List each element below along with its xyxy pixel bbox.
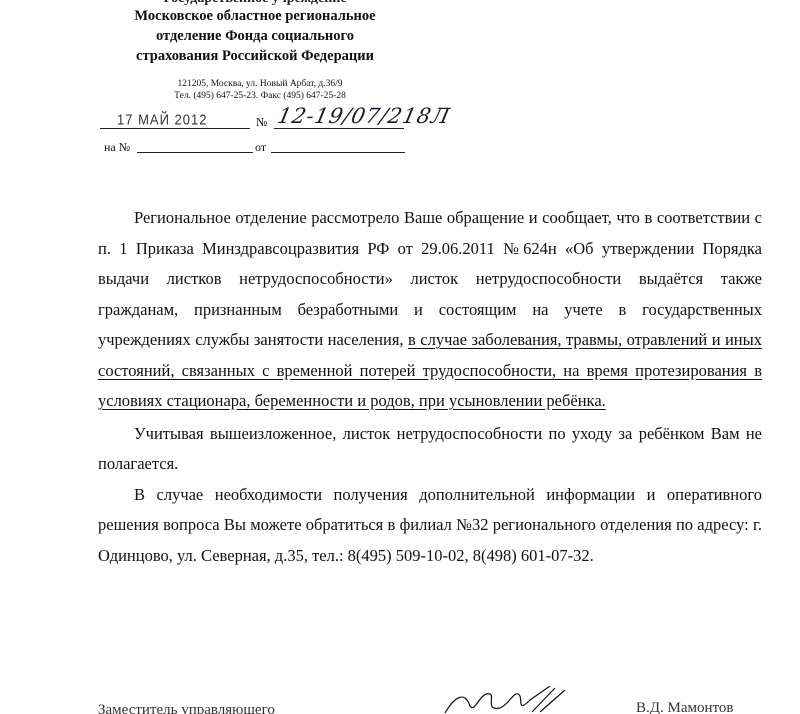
paragraph-1: Региональное отделение рассмотрело Ваше … — [98, 203, 762, 417]
organization-contacts: 121205, Москва, ул. Новый Арбат, д.36/9 … — [120, 78, 400, 102]
from-field-line — [271, 141, 405, 153]
organization-name: Московское областное региональное отделе… — [110, 6, 400, 66]
date-stamp: 17 МАЙ 2012 — [117, 111, 207, 128]
address: 121205, Москва, ул. Новый Арбат, д.36/9 — [120, 78, 400, 90]
signer-name: В.Д. Мамонтов — [636, 700, 733, 714]
paragraph-3: В случае необходимости получения дополни… — [98, 480, 762, 572]
handwritten-signature — [440, 686, 580, 714]
org-line-3: страхования Российской Федерации — [110, 46, 400, 66]
signer-title: Заместитель управляющего — [98, 702, 275, 714]
reply-to-field-line — [137, 141, 253, 153]
org-line-1: Московское областное региональное — [110, 6, 400, 26]
from-label: от — [255, 140, 266, 155]
outgoing-number-handwritten: 12-19/07/218Л — [275, 104, 452, 128]
number-label: № — [256, 115, 267, 130]
org-line-2: отделение Фонда социального — [110, 26, 400, 46]
reply-to-label: на № — [104, 140, 130, 155]
letter-body: Региональное отделение рассмотрело Ваше … — [98, 203, 762, 571]
phone-fax: Тел. (495) 647-25-23. Факс (495) 647-25-… — [120, 90, 400, 102]
paragraph-1-text: Региональное отделение рассмотрело Ваше … — [98, 208, 762, 349]
paragraph-2: Учитывая вышеизложенное, листок нетрудос… — [98, 419, 762, 480]
